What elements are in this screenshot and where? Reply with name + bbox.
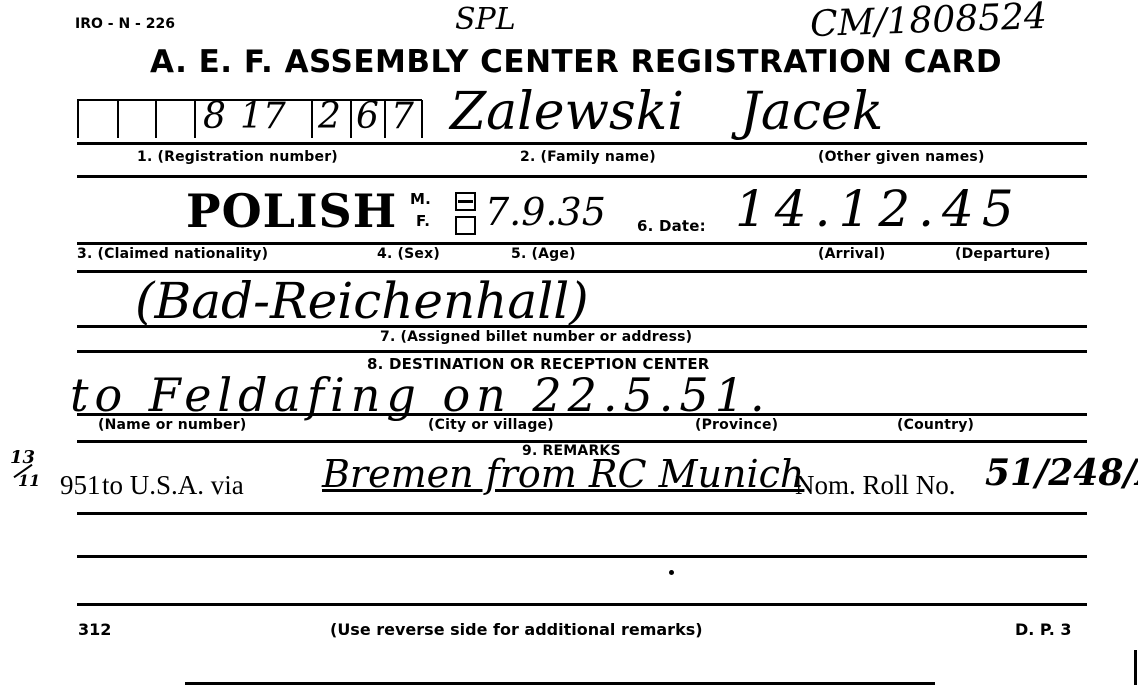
regbox-divider	[311, 100, 313, 138]
remarks-typed-mid: to U.S.A. via	[102, 470, 244, 501]
sex-checkbox-f[interactable]	[455, 216, 476, 235]
nominal-roll-label: Nom. Roll No.	[795, 470, 956, 501]
remarks-handwritten-route: Bremen from RC Munich	[322, 452, 804, 496]
registration-digit: 2	[318, 96, 341, 137]
claimed-nationality-value: POLISH	[186, 184, 397, 238]
regbox-divider	[194, 100, 196, 138]
card-title: A. E. F. ASSEMBLY CENTER REGISTRATION CA…	[150, 44, 1002, 80]
row1-bottom-line	[77, 175, 1087, 178]
regbox-divider	[421, 100, 423, 138]
destination-province-label: (Province)	[695, 417, 778, 433]
row3-baseline	[77, 325, 1087, 328]
registration-digit: 8	[203, 96, 226, 137]
age-label: 5. (Age)	[511, 246, 576, 262]
registration-card: IRO - N - 226 SPL CM/1808524 A. E. F. AS…	[0, 0, 1138, 685]
regbox-divider	[77, 100, 79, 138]
destination-country-label: (Country)	[897, 417, 974, 433]
sex-checkbox-m[interactable]	[455, 192, 476, 211]
sex-option-f-label: F.	[416, 212, 430, 230]
row4-baseline	[77, 413, 1087, 416]
registration-number-label: 1. (Registration number)	[137, 149, 338, 165]
form-code: IRO - N - 226	[75, 16, 175, 32]
remarks-typed-prefix: 951	[60, 470, 101, 501]
row5-baseline	[77, 512, 1087, 515]
family-name-label: 2. (Family name)	[520, 149, 656, 165]
destination-name-label: (Name or number)	[98, 417, 246, 433]
other-given-names-value: Jacek	[740, 82, 883, 142]
regbox-divider	[384, 100, 386, 138]
claimed-nationality-label: 3. (Claimed nationality)	[77, 246, 268, 262]
registration-digit: 17	[240, 96, 286, 137]
footer-note: (Use reverse side for additional remarks…	[330, 620, 703, 639]
sex-label: 4. (Sex)	[377, 246, 440, 262]
case-number: CM/1808524	[809, 0, 1047, 45]
billet-value: (Bad-Reichenhall)	[135, 272, 589, 330]
blank-remarks-line-2	[77, 603, 1087, 606]
arrival-label: (Arrival)	[818, 246, 885, 262]
registration-digit: 6	[356, 96, 379, 137]
regbox-divider	[350, 100, 352, 138]
footer-right-code: D. P. 3	[1015, 620, 1072, 639]
annotation-top: SPL	[455, 2, 516, 37]
row1-baseline	[77, 142, 1087, 145]
arrival-date-value: 14.12.45	[735, 180, 1022, 238]
destination-city-label: (City or village)	[428, 417, 554, 433]
margin-note-bottom: 11	[18, 471, 40, 490]
sex-option-m-label: M.	[410, 190, 431, 208]
footer-left-code: 312	[78, 620, 111, 639]
blank-remarks-line-1	[77, 555, 1087, 558]
departure-label: (Departure)	[955, 246, 1051, 262]
date-label: 6. Date:	[637, 217, 706, 235]
age-value: 7.9.35	[485, 190, 606, 234]
row3-bottom-line	[77, 350, 1087, 353]
family-name-value: Zalewski	[450, 82, 684, 142]
other-given-names-label: (Other given names)	[818, 149, 985, 165]
card-right-edge	[1134, 650, 1137, 685]
regbox-divider	[155, 100, 157, 138]
stray-dot	[669, 570, 674, 575]
regbox-divider	[117, 100, 119, 138]
row2-baseline	[77, 242, 1087, 245]
registration-digit: 7	[391, 96, 414, 137]
billet-label: 7. (Assigned billet number or address)	[380, 329, 692, 345]
nominal-roll-number: 51/248/A	[985, 452, 1138, 494]
